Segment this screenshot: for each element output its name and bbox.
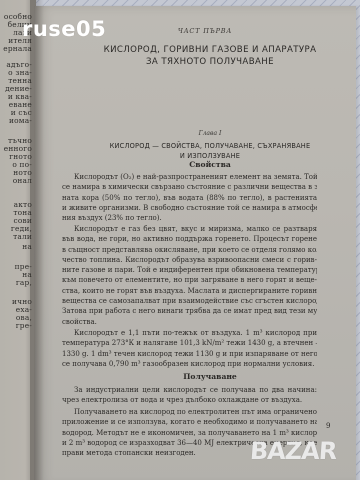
section-heading-production: Получаване bbox=[160, 372, 260, 381]
section-heading-properties: Свойства bbox=[160, 160, 260, 169]
text-line: се получава 0,790 m³ газообразен кислоро… bbox=[62, 359, 317, 369]
text-line: Кислородът (O₂) е най-разпространеният е… bbox=[62, 172, 317, 182]
text-line: ната кора (50% по тегло), във водата (88… bbox=[62, 193, 317, 203]
seller-watermark: ruse05 bbox=[22, 17, 106, 41]
text-line: Кислородът е 1,1 пъти по-тежък от въздух… bbox=[62, 328, 317, 338]
text-line: във вода, не гори, но активно поддържа г… bbox=[62, 234, 317, 244]
main-title-line-2: ЗА ТЯХНОТО ПОЛУЧАВАНЕ bbox=[60, 56, 360, 68]
page-number: 9 bbox=[326, 422, 330, 430]
chapter-title: КИСЛОРОД — СВОЙСТВА, ПОЛУЧАВАНЕ, СЪХРАНЯ… bbox=[60, 141, 360, 161]
text-line: Затова при работа с него винаги трябва д… bbox=[62, 306, 317, 316]
text-line: Получаването на кислород по електролитен… bbox=[62, 407, 317, 417]
paragraph-production-1: За индустриални цели кислородът се получ… bbox=[62, 385, 317, 406]
chapter-title-line-1: КИСЛОРОД — СВОЙСТВА, ПОЛУЧАВАНЕ, СЪХРАНЯ… bbox=[60, 141, 360, 151]
text-line: 1330 g. 1 dm³ течен кислород тежи 1130 g… bbox=[62, 349, 317, 359]
text-line: чество топлина. Кислородът образува взри… bbox=[62, 255, 317, 265]
text-line: вещества се самозапалват при взаимодейст… bbox=[62, 296, 317, 306]
text-line: ните газове и пари. Той е индиферентен п… bbox=[62, 265, 317, 275]
text-line: температура 273°К и налягане 101,3 kN/m²… bbox=[62, 338, 317, 348]
text-line: към повечето от елементите, но при загря… bbox=[62, 275, 317, 285]
text-line: За индустриални цели кислородът се получ… bbox=[62, 385, 317, 395]
text-line: се намира в химически свързано състояние… bbox=[62, 182, 317, 192]
paragraph-properties-2: Кислородът е газ без цвят, вкус и миризм… bbox=[62, 224, 317, 327]
text-line: и живите организми. В свободно състояние… bbox=[62, 203, 317, 213]
text-line: Кислородът е газ без цвят, вкус и миризм… bbox=[62, 224, 317, 234]
text-line: ства, които не горят във въздуха. Маслат… bbox=[62, 286, 317, 296]
bazar-logo-watermark: BAZAR bbox=[249, 437, 337, 465]
text-line: чрез електролиза от вода и чрез дълбоко … bbox=[62, 395, 317, 405]
text-line: свойства. bbox=[62, 317, 317, 327]
chapter-label: Глава I bbox=[160, 130, 260, 137]
book-gutter bbox=[30, 0, 44, 480]
main-title-line-1: КИСЛОРОД, ГОРИВНИ ГАЗОВЕ И АПАРАТУРА bbox=[60, 44, 360, 56]
text-line: приложение и се използува, когато е необ… bbox=[62, 417, 317, 427]
left-page-text-fragment: иома- bbox=[9, 116, 32, 125]
paragraph-properties-1: Кислородът (O₂) е най-разпространеният е… bbox=[62, 172, 317, 223]
paragraph-properties-3: Кислородът е 1,1 пъти по-тежък от въздух… bbox=[62, 328, 317, 369]
text-line: ния въздух (23% по тегло). bbox=[62, 213, 317, 223]
text-line: в същност представлява окисляване, при к… bbox=[62, 245, 317, 255]
part-label: ЧАСТ ПЪРВА bbox=[160, 27, 250, 35]
main-title: КИСЛОРОД, ГОРИВНИ ГАЗОВЕ И АПАРАТУРА ЗА … bbox=[60, 44, 360, 68]
left-page-text-fragment: ернала bbox=[3, 44, 32, 53]
